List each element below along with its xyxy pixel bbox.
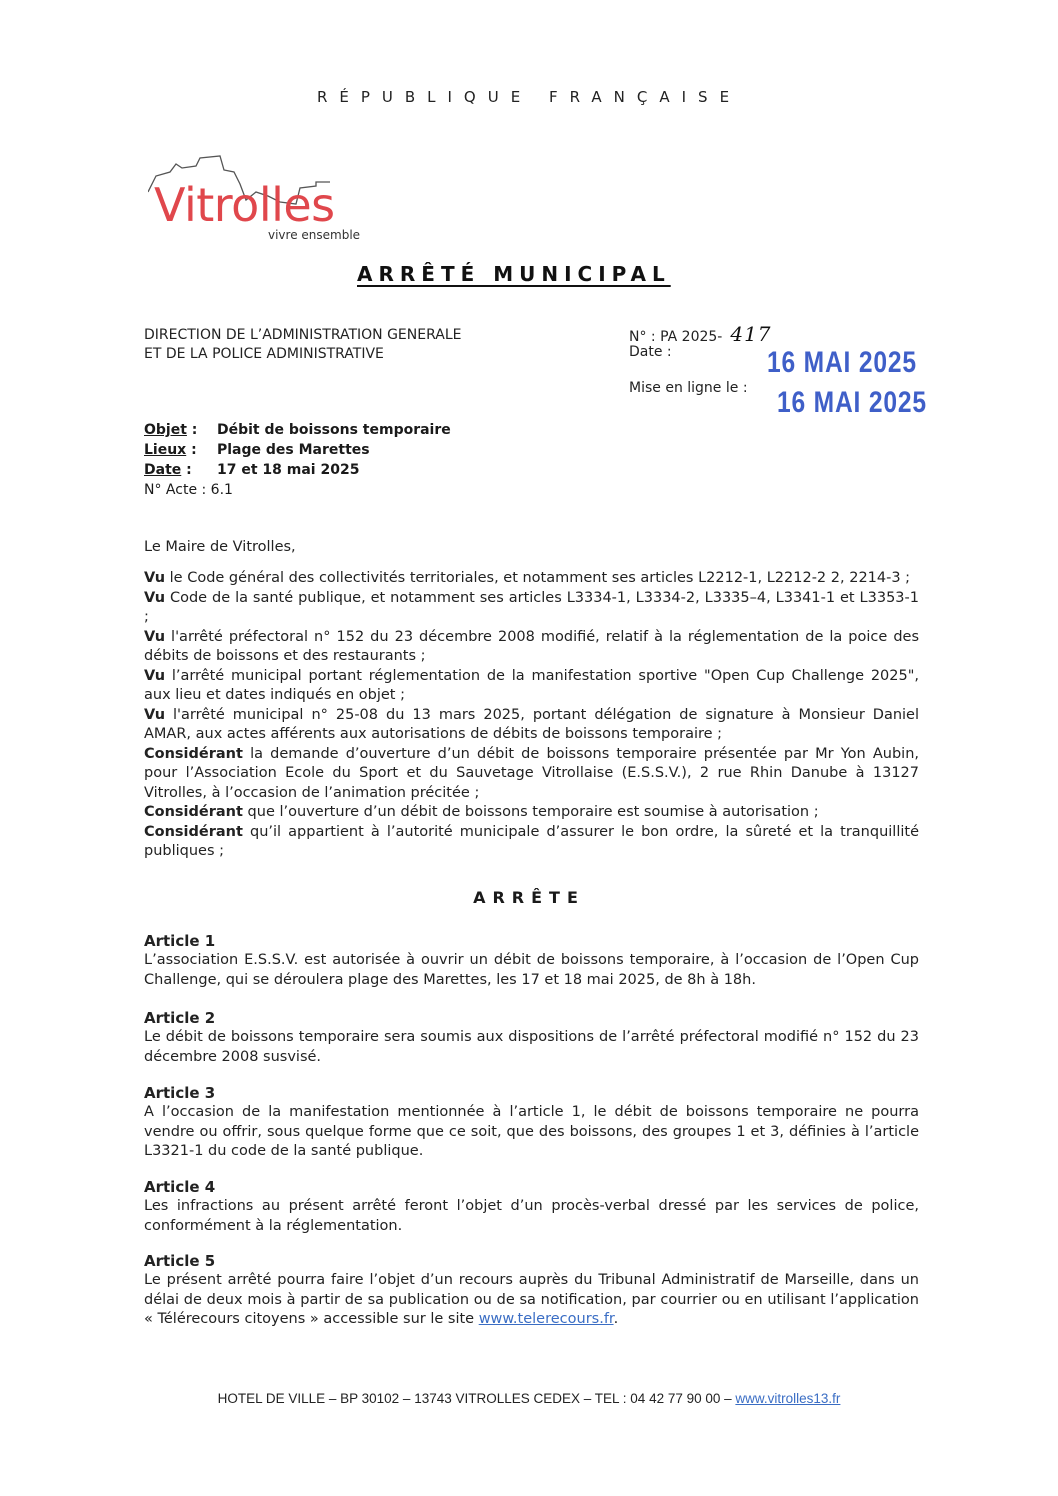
vitrolles-website-link[interactable]: www.vitrolles13.fr xyxy=(735,1391,840,1406)
act-number-handwritten: 417 xyxy=(730,322,771,346)
decision-heading: ARRÊTE xyxy=(0,888,1058,907)
article-text: L’association E.S.S.V. est autorisée à o… xyxy=(144,951,919,990)
article-title: Article 3 xyxy=(144,1084,919,1103)
footer-text: HOTEL DE VILLE – BP 30102 – 13743 VITROL… xyxy=(218,1391,736,1406)
clause: Considérant qu’il appartient à l’autorit… xyxy=(144,823,919,862)
clause: Considérant que l’ouverture d’un débit d… xyxy=(144,803,919,823)
objet-value: Débit de boissons temporaire xyxy=(217,420,451,440)
footer-address: HOTEL DE VILLE – BP 30102 – 13743 VITROL… xyxy=(0,1391,1058,1406)
republique-francaise-header: RÉPUBLIQUE FRANÇAISE xyxy=(0,88,1058,106)
clause: Vu l’arrêté municipal portant réglementa… xyxy=(144,667,919,706)
article-title: Article 1 xyxy=(144,932,919,951)
logo-tagline: vivre ensemble xyxy=(268,228,360,242)
summary-objet: Objet : Débit de boissons temporaire xyxy=(144,420,451,440)
act-number-label: N° : PA 2025- xyxy=(629,329,722,345)
article-1: Article 1 L’association E.S.S.V. est aut… xyxy=(144,932,919,990)
lieux-label: Lieux xyxy=(144,442,186,458)
act-number: N° : PA 2025-417 xyxy=(629,322,772,346)
preamble-intro: Le Maire de Vitrolles, xyxy=(144,538,919,558)
date-label: Date : xyxy=(629,344,672,360)
summary-lieux: Lieux : Plage des Marettes xyxy=(144,440,451,460)
article-4: Article 4 Les infractions au présent arr… xyxy=(144,1178,919,1236)
article-3: Article 3 A l’occasion de la manifestati… xyxy=(144,1084,919,1162)
article-text: Les infractions au présent arrêté feront… xyxy=(144,1197,919,1236)
article-5: Article 5 Le présent arrêté pourra faire… xyxy=(144,1252,919,1330)
document-title: ARRÊTÉ MUNICIPAL xyxy=(357,262,671,286)
date-stamp: 16 MAI 2025 xyxy=(767,346,917,380)
article-title: Article 4 xyxy=(144,1178,919,1197)
logo-wordmark: Vitrolles xyxy=(154,178,335,232)
issuing-direction: DIRECTION DE L’ADMINISTRATION GENERALE E… xyxy=(144,326,461,364)
online-label: Mise en ligne le : xyxy=(629,380,748,396)
date-summary-label: Date xyxy=(144,462,181,478)
lieux-value: Plage des Marettes xyxy=(217,440,370,460)
summary-date: Date : 17 et 18 mai 2025 xyxy=(144,460,451,480)
date-summary-value: 17 et 18 mai 2025 xyxy=(217,460,359,480)
objet-label: Objet xyxy=(144,422,187,438)
vitrolles-logo: Vitrolles vivre ensemble xyxy=(148,152,393,247)
online-stamp: 16 MAI 2025 xyxy=(777,386,927,420)
article-2: Article 2 Le débit de boissons temporair… xyxy=(144,1009,919,1067)
clause: Considérant la demande d’ouverture d’un … xyxy=(144,745,919,804)
clause: Vu l'arrêté préfectoral n° 152 du 23 déc… xyxy=(144,628,919,667)
direction-line-1: DIRECTION DE L’ADMINISTRATION GENERALE xyxy=(144,326,461,345)
article-text: Le débit de boissons temporaire sera sou… xyxy=(144,1028,919,1067)
preamble-clauses: Vu le Code général des collectivités ter… xyxy=(144,569,919,862)
article-text: A l’occasion de la manifestation mention… xyxy=(144,1103,919,1162)
clause: Vu Code de la santé publique, et notamme… xyxy=(144,589,919,628)
clause: Vu le Code général des collectivités ter… xyxy=(144,569,919,589)
acte-number: N° Acte : 6.1 xyxy=(144,480,451,500)
article-title: Article 5 xyxy=(144,1252,919,1271)
reference-block: N° : PA 2025-417 Date : 16 MAI 2025 Mise… xyxy=(629,322,949,422)
article-title: Article 2 xyxy=(144,1009,919,1028)
direction-line-2: ET DE LA POLICE ADMINISTRATIVE xyxy=(144,345,461,364)
article-text: Le présent arrêté pourra faire l’objet d… xyxy=(144,1271,919,1330)
telerecours-link[interactable]: www.telerecours.fr xyxy=(479,1311,614,1327)
clause: Vu l'arrêté municipal n° 25-08 du 13 mar… xyxy=(144,706,919,745)
act-summary: Objet : Débit de boissons temporaire Lie… xyxy=(144,420,451,500)
